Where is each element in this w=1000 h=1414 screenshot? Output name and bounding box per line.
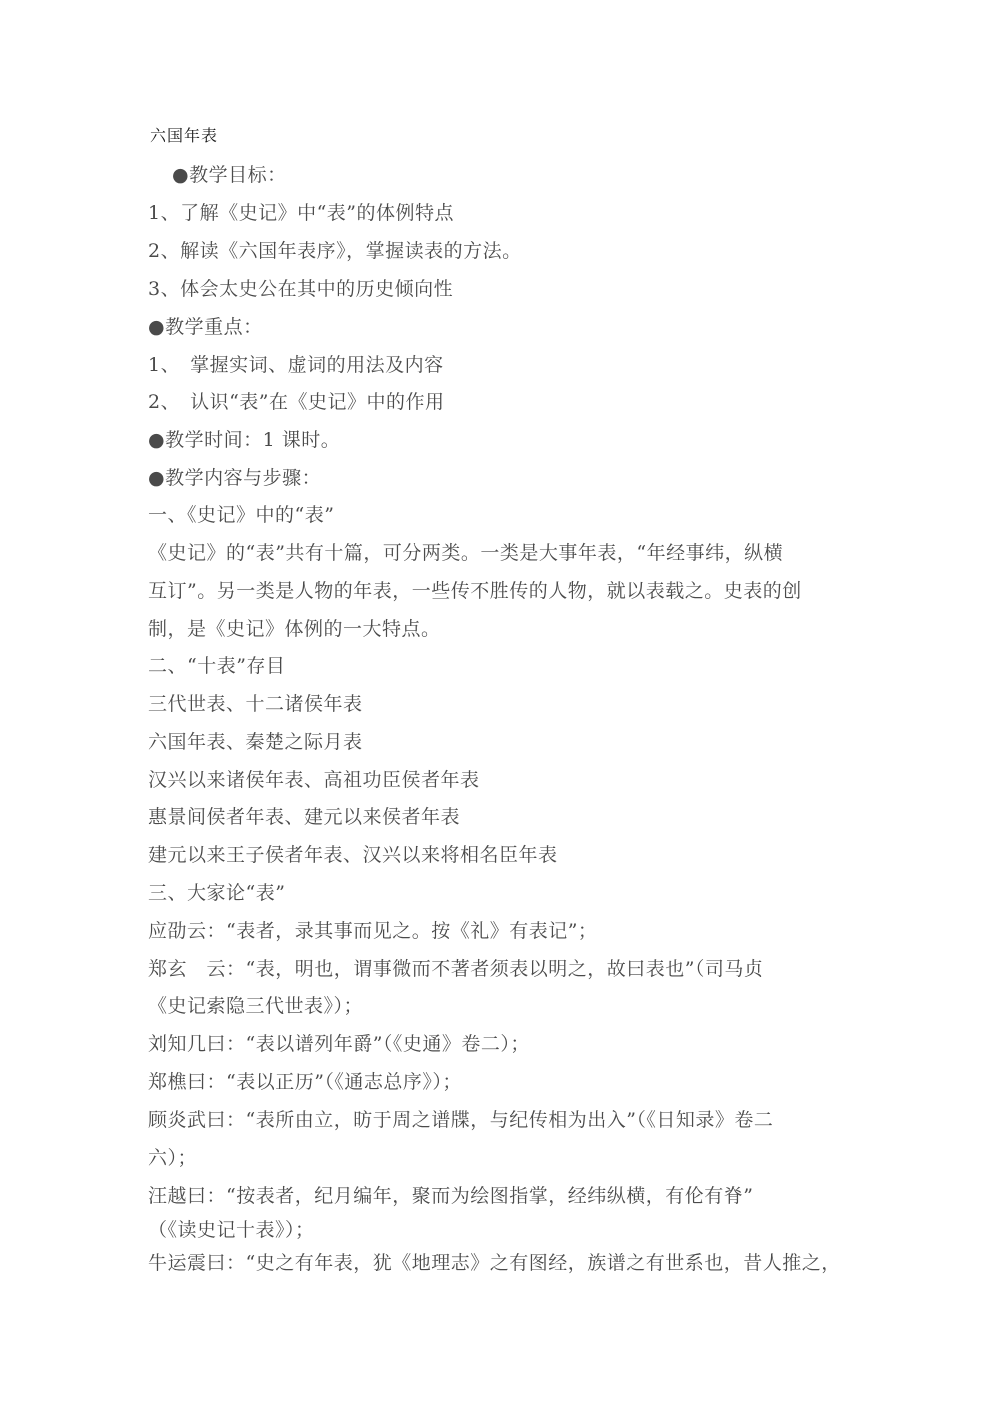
paragraph-line: 六）； <box>148 1143 197 1170</box>
paragraph-line: 2、解读《六国年表序》，掌握读表的方法。 <box>148 236 522 263</box>
paragraph-line: 牛运震曰：“史之有年表，犹《地理志》之有图经，族谱之有世系也，昔人推之， <box>148 1248 841 1275</box>
paragraph-line: 一、《史记》中的“表” <box>148 500 334 527</box>
paragraph-line: 顾炎武曰：“表所由立，昉于周之谱牒，与纪传相为出入”（《日知录》卷二 <box>148 1105 773 1132</box>
paragraph-line: 建元以来王子侯者年表、汉兴以来将相名臣年表 <box>148 840 558 867</box>
paragraph-line: 2、 认识“表”在《史记》中的作用 <box>148 387 445 414</box>
paragraph-line: 应劭云：“表者，录其事而见之。按《礼》有表记”； <box>148 916 597 943</box>
paragraph-line: 1、 掌握实词、虚词的用法及内容 <box>148 350 444 377</box>
document-page: 六国年表 ●教学目标：1、了解《史记》中“表”的体例特点2、解读《六国年表序》，… <box>0 0 1000 1414</box>
paragraph-line: 惠景间侯者年表、建元以来侯者年表 <box>148 802 460 829</box>
paragraph-line: 汪越曰：“按表者，纪月编年，聚而为绘图指掌，经纬纵横，有伦有脊” <box>148 1181 753 1208</box>
paragraph-line: 二、“十表”存目 <box>148 651 285 678</box>
paragraph-line: （《读史记十表》）； <box>148 1215 315 1242</box>
paragraph-line: 刘知几曰：“表以谱列年爵”（《史通》卷二）； <box>148 1029 530 1056</box>
paragraph-line: 《史记》的“表”共有十篇，可分两类。一类是大事年表，“年经事纬，纵横 <box>148 538 783 565</box>
paragraph-line: 六国年表、秦楚之际月表 <box>148 727 363 754</box>
paragraph-line: ●教学时间：1 课时。 <box>148 425 340 452</box>
paragraph-line: 汉兴以来诸侯年表、高祖功臣侯者年表 <box>148 765 480 792</box>
paragraph-line: 三、大家论“表” <box>148 878 285 905</box>
paragraph-line: 郑玄 云：“表，明也，谓事微而不著者须表以明之，故曰表也”（司马贞 <box>148 954 763 981</box>
paragraph-line: 互订”。另一类是人物的年表，一些传不胜传的人物，就以表载之。史表的创 <box>148 576 802 603</box>
paragraph-line: 3、体会太史公在其中的历史倾向性 <box>148 274 453 301</box>
paragraph-line: ●教学内容与步骤： <box>148 463 321 490</box>
document-title: 六国年表 <box>150 123 218 146</box>
paragraph-line: 制，是《史记》体例的一大特点。 <box>148 614 441 641</box>
paragraph-line: 郑樵曰：“表以正历”（《通志总序》）； <box>148 1067 462 1094</box>
paragraph-line: 1、了解《史记》中“表”的体例特点 <box>148 198 454 225</box>
paragraph-line: ●教学目标： <box>172 160 287 187</box>
paragraph-line: 三代世表、十二诸侯年表 <box>148 689 363 716</box>
paragraph-line: ●教学重点： <box>148 312 263 339</box>
paragraph-line: 《史记索隐三代世表》）； <box>148 991 363 1018</box>
